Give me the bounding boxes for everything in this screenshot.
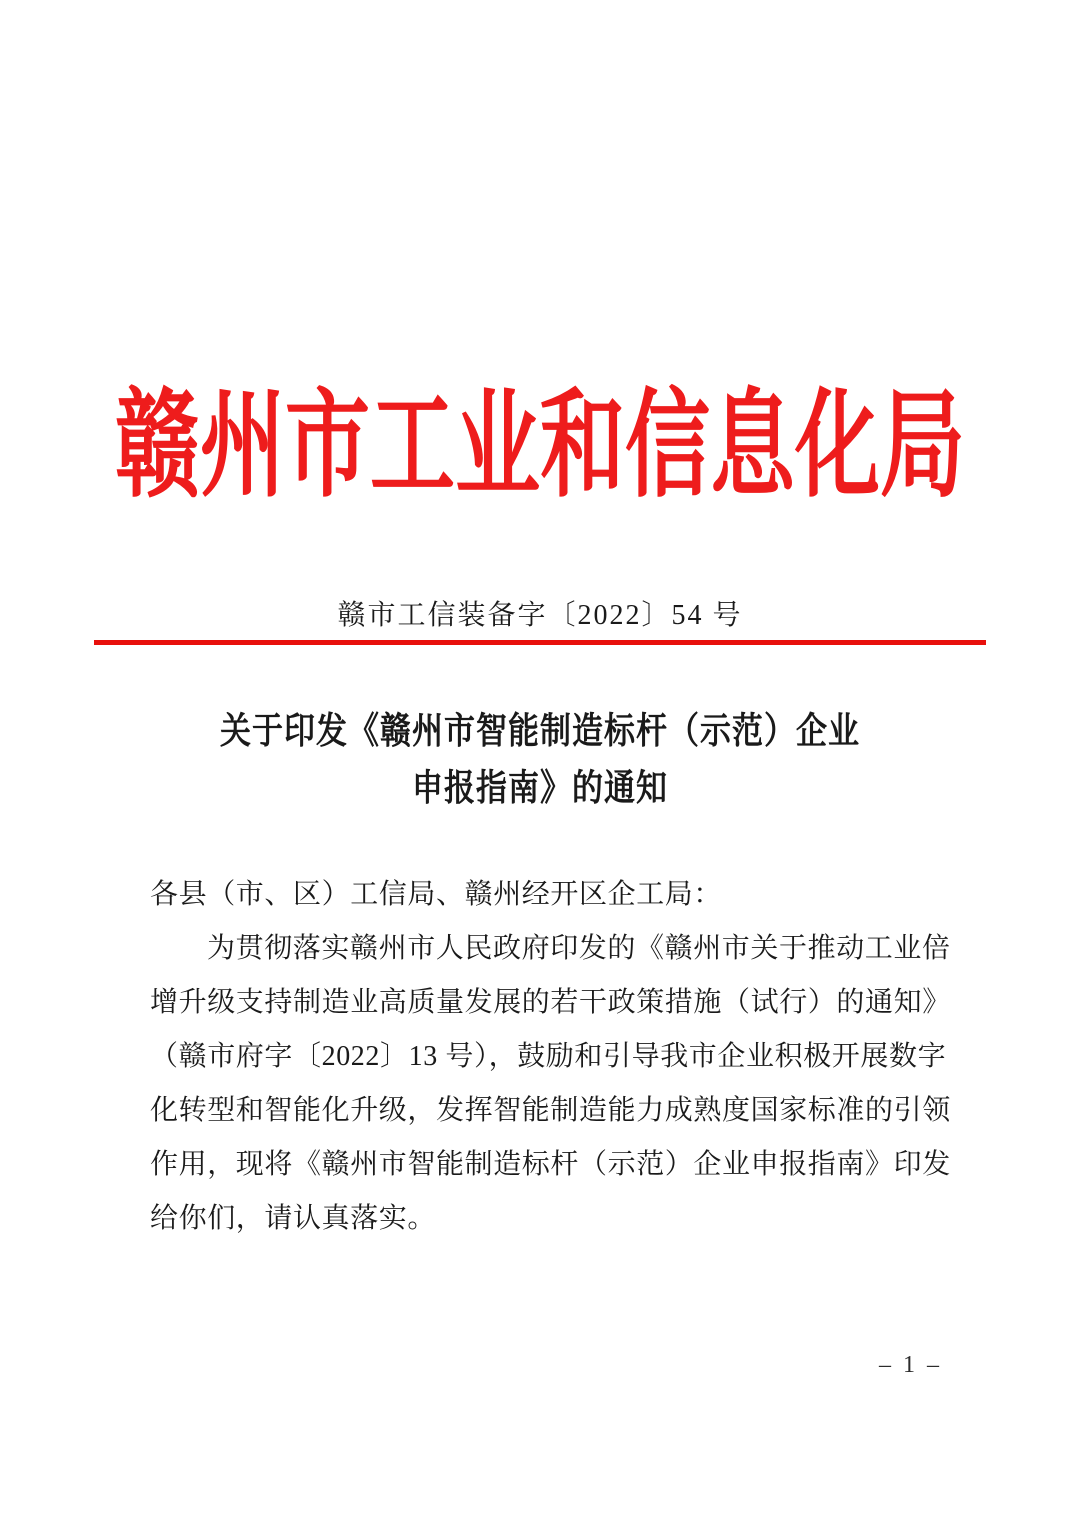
paragraph-line: （赣市府字〔2022〕13 号），鼓励和引导我市企业积极开展数字	[150, 1030, 950, 1084]
page-number: – 1 –	[879, 1352, 942, 1379]
paragraph-line: 增升级支持制造业高质量发展的若干政策措施（试行）的通知》	[150, 976, 950, 1030]
document-number: 赣市工信装备字〔2022〕54 号	[0, 593, 1080, 633]
paragraph-line: 化转型和智能化升级，发挥智能制造能力成熟度国家标准的引领	[150, 1084, 950, 1138]
agency-name-banner: 赣州市工业和信息化局	[0, 372, 1080, 500]
paragraph-line: 为贯彻落实赣州市人民政府印发的《赣州市关于推动工业倍	[150, 922, 950, 976]
document-title: 关于印发《赣州市智能制造标杆（示范）企业 申报指南》的通知	[0, 702, 1080, 816]
paragraph-line: 作用，现将《赣州市智能制造标杆（示范）企业申报指南》印发	[150, 1138, 950, 1192]
salutation: 各县（市、区）工信局、赣州经开区企工局：	[150, 868, 950, 922]
document-body: 各县（市、区）工信局、赣州经开区企工局： 为贯彻落实赣州市人民政府印发的《赣州市…	[150, 868, 950, 1246]
document-page: 赣州市工业和信息化局 赣市工信装备字〔2022〕54 号 关于印发《赣州市智能制…	[0, 0, 1080, 1532]
agency-name: 赣州市工业和信息化局	[115, 352, 965, 520]
red-divider-line	[94, 640, 986, 645]
paragraph-line: 给你们，请认真落实。	[150, 1192, 950, 1246]
document-title-line-2: 申报指南》的通知	[0, 754, 1080, 821]
